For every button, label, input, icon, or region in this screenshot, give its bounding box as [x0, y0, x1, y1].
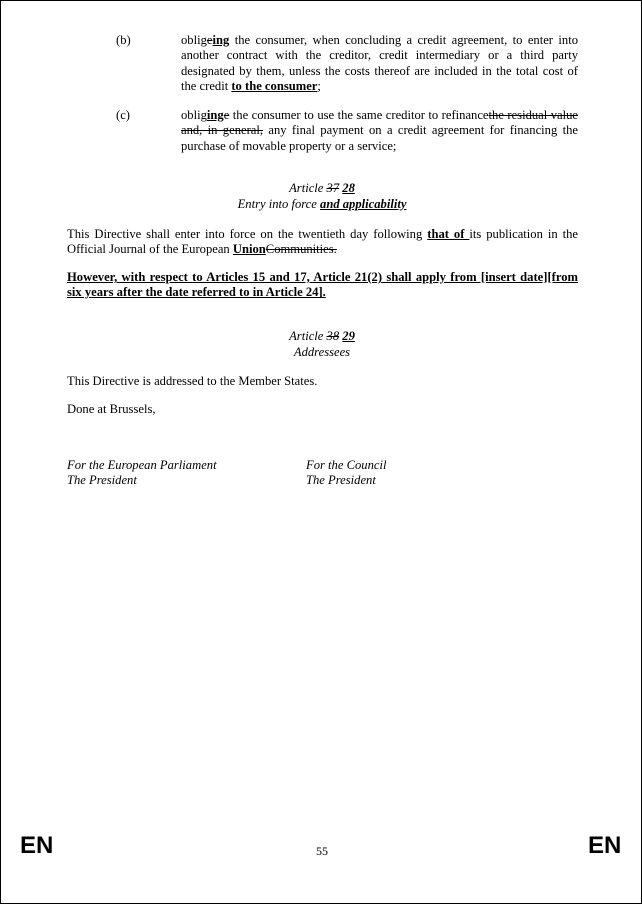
item-label: (b) — [116, 33, 131, 48]
article-29-title: Addressees — [1, 345, 642, 360]
deleted-number: 37 — [327, 181, 340, 195]
item-text: obligeing the consumer, when concluding … — [181, 33, 578, 94]
applicability-paragraph: However, with respect to Articles 15 and… — [67, 270, 578, 301]
list-item-b: (b) obligeing the consumer, when conclud… — [116, 33, 578, 94]
deleted-text: Communities. — [266, 242, 337, 256]
entry-into-force-paragraph: This Directive shall enter into force on… — [67, 227, 578, 258]
signature-council: For the Council The President — [306, 458, 386, 489]
addressees-paragraph: This Directive is addressed to the Membe… — [67, 374, 578, 389]
signature-parliament: For the European Parliament The Presiden… — [67, 458, 217, 489]
inserted-text: ing — [212, 33, 229, 47]
inserted-number: 28 — [342, 181, 355, 195]
list-item-c: (c) obliginge the consumer to use the sa… — [116, 108, 578, 154]
article-28-title: Entry into force and applicability — [1, 197, 642, 212]
deleted-number: 38 — [327, 329, 340, 343]
inserted-text: to the consumer — [231, 79, 317, 93]
document-page: (b) obligeing the consumer, when conclud… — [0, 0, 642, 904]
inserted-text: that of — [427, 227, 469, 241]
item-label: (c) — [116, 108, 130, 123]
inserted-text: ing — [207, 108, 224, 122]
article-29-heading: Article 38 29 — [1, 329, 642, 344]
inserted-number: 29 — [342, 329, 355, 343]
done-at-paragraph: Done at Brussels, — [67, 402, 578, 417]
inserted-text: and applicability — [320, 197, 406, 211]
item-text: obliginge the consumer to use the same c… — [181, 108, 578, 154]
inserted-text: Union — [233, 242, 266, 256]
page-number: 55 — [1, 844, 642, 859]
article-28-heading: Article 37 28 — [1, 181, 642, 196]
language-code-right: EN — [588, 832, 621, 860]
